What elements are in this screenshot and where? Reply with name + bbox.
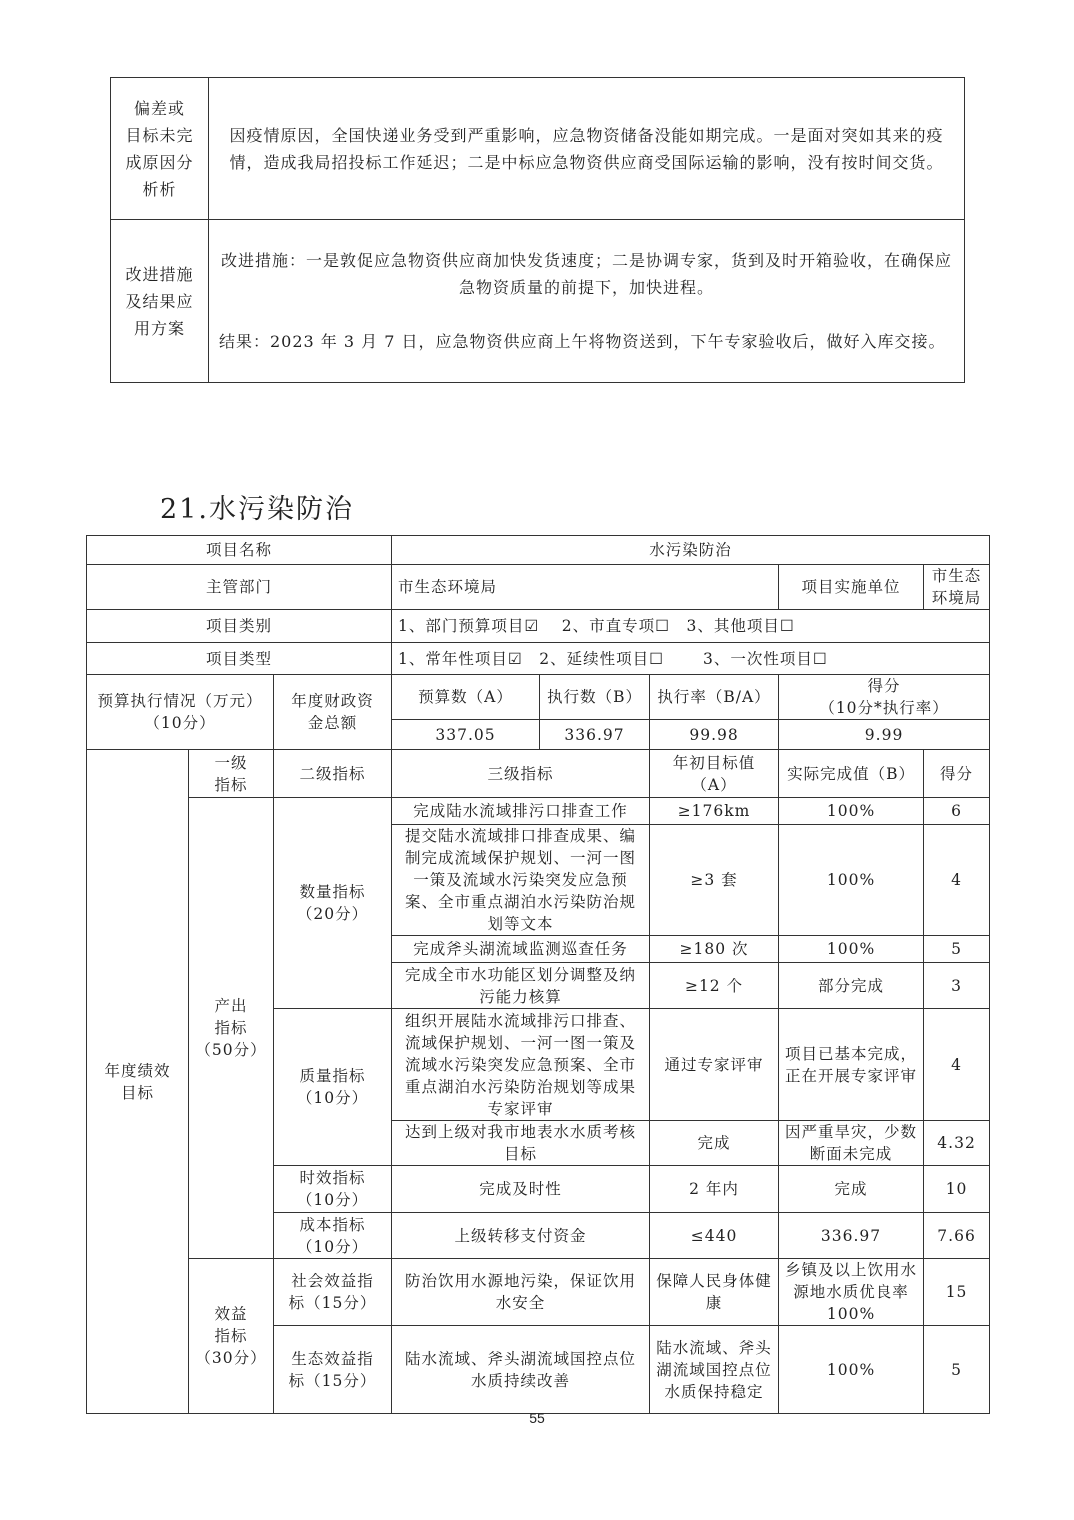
actual: 336.97 xyxy=(779,1213,924,1259)
dept-value: 市生态环境局 xyxy=(392,565,779,610)
actual: 项目已基本完成，正在开展专家评审 xyxy=(779,1009,924,1121)
actual: 100% xyxy=(779,825,924,936)
benefit-indicator-label: 效益 指标 （30分） xyxy=(189,1259,274,1414)
actual: 因严重旱灾，少数断面未完成 xyxy=(779,1121,924,1166)
category-value: 1、部门预算项目☑ 2、市直专项☐ 3、其他项目☐ xyxy=(392,610,990,643)
improvement-cell: 改进措施：一是敦促应急物资供应商加快发货速度；二是协调专家，货到及时开箱验收，在… xyxy=(209,220,965,383)
dept-label: 主管部门 xyxy=(87,565,392,610)
actual: 100% xyxy=(779,1326,924,1414)
indicator: 完成陆水流域排污口排查工作 xyxy=(392,798,650,825)
improvement-label: 改进措施 及结果应 用方案 xyxy=(111,220,209,383)
budget-total-label: 年度财政资 金总额 xyxy=(274,675,392,750)
score: 5 xyxy=(924,1326,990,1414)
section-title: 21.水污染防治 xyxy=(160,487,354,526)
perf-header: 年初目标值 （A） xyxy=(650,750,779,798)
budget-label: 预算执行情况（万元） （10分） xyxy=(87,675,274,750)
budget-header: 执行数（B） xyxy=(540,675,650,720)
indicator: 达到上级对我市地表水水质考核目标 xyxy=(392,1121,650,1166)
indicator: 完成全市水功能区划分调整及纳污能力核算 xyxy=(392,963,650,1009)
target: ≥3 套 xyxy=(650,825,779,936)
project-name-value: 水污染防治 xyxy=(392,536,990,565)
impl-label: 项目实施单位 xyxy=(779,565,924,610)
project-name-label: 项目名称 xyxy=(87,536,392,565)
indicator: 提交陆水流域排口排查成果、编制完成流域保护规划、一河一图一策及流域水污染突发应急… xyxy=(392,825,650,936)
actual: 100% xyxy=(779,798,924,825)
budget-value: 337.05 xyxy=(392,720,540,750)
target: 通过专家评审 xyxy=(650,1009,779,1121)
category-label: 项目类别 xyxy=(87,610,392,643)
indicator: 组织开展陆水流域排污口排查、流域保护规划、一河一图一策及流域水污染突发应急预案、… xyxy=(392,1009,650,1121)
target: ≥180 次 xyxy=(650,936,779,963)
perf-header: 一级 指标 xyxy=(189,750,274,798)
type-value: 1、常年性项目☑ 2、延续性项目☐ 3、一次性项目☐ xyxy=(392,643,990,675)
perf-header: 二级指标 xyxy=(274,750,392,798)
budget-value: 9.99 xyxy=(779,720,990,750)
output-indicator-label: 产出 指标 （50分） xyxy=(189,798,274,1259)
indicator: 防治饮用水源地污染，保证饮用水安全 xyxy=(392,1259,650,1326)
perf-header: 得分 xyxy=(924,750,990,798)
budget-value: 99.98 xyxy=(650,720,779,750)
actual: 完成 xyxy=(779,1166,924,1213)
target: ≥12 个 xyxy=(650,963,779,1009)
actual: 100% xyxy=(779,936,924,963)
target: 保障人民身体健康 xyxy=(650,1259,779,1326)
target: 陆水流域、斧头湖流域国控点位水质保持稳定 xyxy=(650,1326,779,1414)
quality-label: 质量指标 （10分） xyxy=(274,1009,392,1166)
indicator: 陆水流域、斧头湖流域国控点位水质持续改善 xyxy=(392,1326,650,1414)
quantity-label: 数量指标 （20分） xyxy=(274,798,392,1009)
actual: 乡镇及以上饮用水源地水质优良率 100% xyxy=(779,1259,924,1326)
indicator: 完成斧头湖流域监测巡查任务 xyxy=(392,936,650,963)
indicator: 完成及时性 xyxy=(392,1166,650,1213)
actual: 部分完成 xyxy=(779,963,924,1009)
score: 4.32 xyxy=(924,1121,990,1166)
page-number: 55 xyxy=(0,1410,1074,1426)
target: 完成 xyxy=(650,1121,779,1166)
perf-header: 三级指标 xyxy=(392,750,650,798)
score: 7.66 xyxy=(924,1213,990,1259)
score: 6 xyxy=(924,798,990,825)
type-label: 项目类型 xyxy=(87,643,392,675)
cost-label: 成本指标 （10分） xyxy=(274,1213,392,1259)
timeliness-label: 时效指标 （10分） xyxy=(274,1166,392,1213)
perf-header: 实际完成值（B） xyxy=(779,750,924,798)
score: 10 xyxy=(924,1166,990,1213)
score: 15 xyxy=(924,1259,990,1326)
score: 4 xyxy=(924,825,990,936)
social-label: 社会效益指 标（15分） xyxy=(274,1259,392,1326)
budget-header: 得分 （10分*执行率） xyxy=(779,675,990,720)
performance-table: 项目名称 水污染防治 主管部门 市生态环境局 项目实施单位 市生态环境局 项目类… xyxy=(86,535,990,1414)
budget-header: 预算数（A） xyxy=(392,675,540,720)
target: ≥176km xyxy=(650,798,779,825)
target: ≤440 xyxy=(650,1213,779,1259)
score: 4 xyxy=(924,1009,990,1121)
improvement-measures: 改进措施：一是敦促应急物资供应商加快发货速度；二是协调专家，货到及时开箱验收，在… xyxy=(219,247,954,301)
improvement-result: 结果：2023 年 3 月 7 日，应急物资供应商上午将物资送到，下午专家验收后… xyxy=(219,328,954,355)
deviation-text: 因疫情原因，全国快递业务受到严重影响，应急物资储备没能如期完成。一是面对突如其来… xyxy=(209,78,965,220)
budget-value: 336.97 xyxy=(540,720,650,750)
score: 3 xyxy=(924,963,990,1009)
budget-header: 执行率（B/A） xyxy=(650,675,779,720)
indicator: 上级转移支付资金 xyxy=(392,1213,650,1259)
deviation-table: 偏差或 目标未完 成原因分 析析 因疫情原因，全国快递业务受到严重影响，应急物资… xyxy=(110,77,965,383)
eco-label: 生态效益指 标（15分） xyxy=(274,1326,392,1414)
deviation-label: 偏差或 目标未完 成原因分 析析 xyxy=(111,78,209,220)
impl-value: 市生态环境局 xyxy=(924,565,990,610)
target: 2 年内 xyxy=(650,1166,779,1213)
annual-goal-label: 年度绩效 目标 xyxy=(87,750,189,1414)
score: 5 xyxy=(924,936,990,963)
